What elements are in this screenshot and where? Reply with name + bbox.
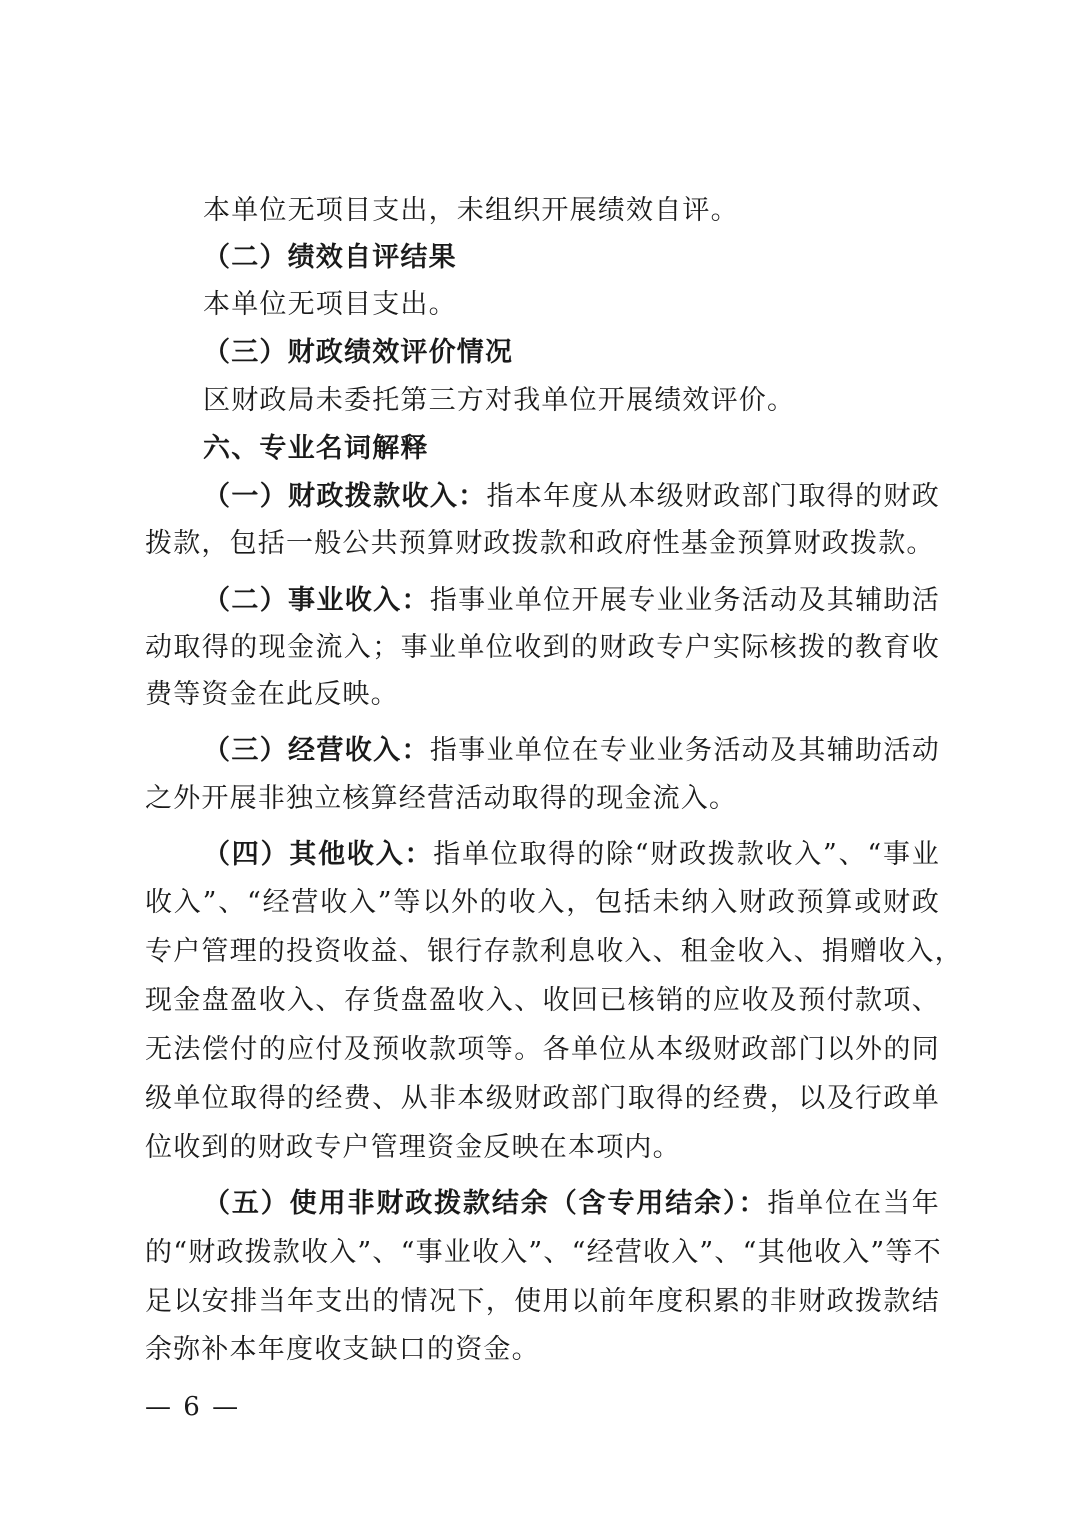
- definition-line: 动取得的现金流入；事业单位收到的财政专户实际核拨的教育收: [145, 631, 940, 665]
- definition-line: 级单位取得的经费、从非本级财政部门取得的经费，以及行政单: [145, 1082, 940, 1116]
- section-title: 六、专业名词解释: [203, 432, 940, 466]
- term-label: （一）财政拨款收入：: [203, 481, 487, 512]
- term-label: （四）其他收入：: [203, 839, 433, 870]
- definition-line: 拨款，包括一般公共预算财政拨款和政府性基金预算财政拨款。: [145, 527, 940, 561]
- definition-1: （一）财政拨款收入：指本年度从本级财政部门取得的财政: [203, 480, 940, 514]
- term-label: （三）经营收入：: [203, 735, 430, 766]
- subheading: （三）财政绩效评价情况: [203, 336, 940, 370]
- definition-line: 之外开展非独立核算经营活动取得的现金流入。: [145, 782, 940, 816]
- definition-line: 无法偿付的应付及预收款项等。各单位从本级财政部门以外的同: [145, 1033, 940, 1067]
- definition-5: （五）使用非财政拨款结余（含专用结余）：指单位在当年: [203, 1187, 940, 1221]
- definition-line: 余弥补本年度收支缺口的资金。: [145, 1333, 940, 1367]
- definition-line: 费等资金在此反映。: [145, 678, 940, 712]
- page-number: — 6 —: [145, 1390, 240, 1424]
- paragraph: 本单位无项目支出，未组织开展绩效自评。: [203, 194, 940, 228]
- term-label: （五）使用非财政拨款结余（含专用结余）：: [203, 1188, 767, 1219]
- definition-3: （三）经营收入：指事业单位在专业业务活动及其辅助活动: [203, 734, 940, 768]
- definition-line: 专户管理的投资收益、银行存款利息收入、租金收入、捐赠收入，: [145, 935, 940, 969]
- definition-line: 现金盘盈收入、存货盘盈收入、收回已核销的应收及预付款项、: [145, 984, 940, 1018]
- definition-2: （二）事业收入：指事业单位开展专业业务活动及其辅助活: [203, 584, 940, 618]
- paragraph: 区财政局未委托第三方对我单位开展绩效评价。: [203, 384, 940, 418]
- paragraph: 本单位无项目支出。: [203, 288, 940, 322]
- definition-4: （四）其他收入：指单位取得的除“财政拨款收入”、“事业: [203, 838, 940, 872]
- definition-line: 收入”、“经营收入”等以外的收入，包括未纳入财政预算或财政: [145, 886, 940, 920]
- subheading: （二）绩效自评结果: [203, 241, 940, 275]
- definition-line: 的“财政拨款收入”、“事业收入”、“经营收入”、“其他收入”等不: [145, 1236, 940, 1270]
- definition-line: 位收到的财政专户管理资金反映在本项内。: [145, 1131, 940, 1165]
- term-label: （二）事业收入：: [203, 585, 430, 616]
- definition-line: 足以安排当年支出的情况下，使用以前年度积累的非财政拨款结: [145, 1285, 940, 1319]
